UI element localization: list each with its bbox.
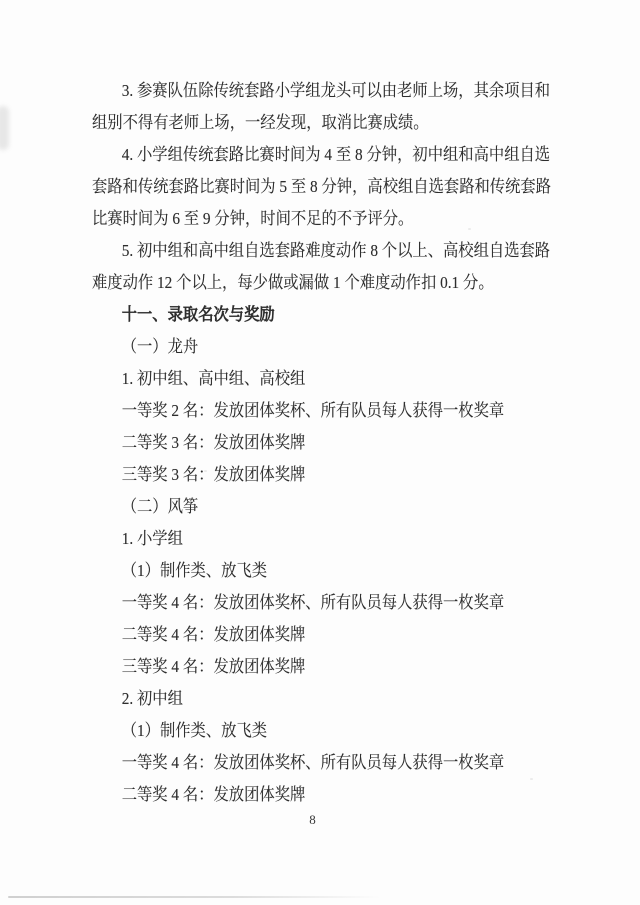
text-line: 1. 小学组 bbox=[92, 523, 515, 555]
text-line: 二等奖 4 名：发放团体奖牌 bbox=[92, 619, 515, 651]
text-line: （二）风筝 bbox=[92, 491, 515, 523]
text-line: 套路和传统套路比赛时间为 5 至 8 分钟，高校组自选套路和传统套路 bbox=[92, 171, 515, 203]
text-line: 1. 初中组、高中组、高校组 bbox=[92, 363, 515, 395]
text-line: 二等奖 3 名：发放团体奖牌 bbox=[92, 427, 515, 459]
text-line: 组别不得有老师上场，一经发现，取消比赛成绩。 bbox=[92, 107, 515, 139]
text-line: 二等奖 4 名：发放团体奖牌 bbox=[92, 779, 515, 811]
text-line: （1）制作类、放飞类 bbox=[92, 555, 515, 587]
text-line: 比赛时间为 6 至 9 分钟，时间不足的不予评分。 bbox=[92, 203, 515, 235]
text-line: （一）龙舟 bbox=[92, 331, 515, 363]
text-line: 5. 初中组和高中组自选套路难度动作 8 个以上、高校组自选套路 bbox=[92, 235, 515, 267]
text-line: 2. 初中组 bbox=[92, 683, 515, 715]
text-line: 难度动作 12 个以上，每少做或漏做 1 个难度动作扣 0.1 分。 bbox=[92, 267, 515, 299]
text-line: 一等奖 4 名：发放团体奖杯、所有队员每人获得一枚奖章 bbox=[92, 587, 515, 619]
scan-smudge-artifact bbox=[0, 106, 9, 150]
text-line: 3. 参赛队伍除传统套路小学组龙头可以由老师上场，其余项目和 bbox=[92, 75, 515, 107]
text-line: 4. 小学组传统套路比赛时间为 4 至 8 分钟，初中组和高中组自选 bbox=[92, 139, 515, 171]
scan-edge-artifact bbox=[8, 896, 380, 898]
text-line: 三等奖 4 名：发放团体奖牌 bbox=[92, 651, 515, 683]
document-page: 3. 参赛队伍除传统套路小学组龙头可以由老师上场，其余项目和组别不得有老师上场，… bbox=[0, 0, 640, 905]
document-body: 3. 参赛队伍除传统套路小学组龙头可以由老师上场，其余项目和组别不得有老师上场，… bbox=[92, 75, 562, 811]
section-heading: 十一、录取名次与奖励 bbox=[92, 299, 515, 331]
page-number: 8 bbox=[250, 812, 375, 828]
text-line: 三等奖 3 名：发放团体奖牌 bbox=[92, 459, 515, 491]
text-line: （1）制作类、放飞类 bbox=[92, 715, 515, 747]
text-line: 一等奖 2 名：发放团体奖杯、所有队员每人获得一枚奖章 bbox=[92, 395, 515, 427]
text-line: 一等奖 4 名：发放团体奖杯、所有队员每人获得一枚奖章 bbox=[92, 747, 515, 779]
